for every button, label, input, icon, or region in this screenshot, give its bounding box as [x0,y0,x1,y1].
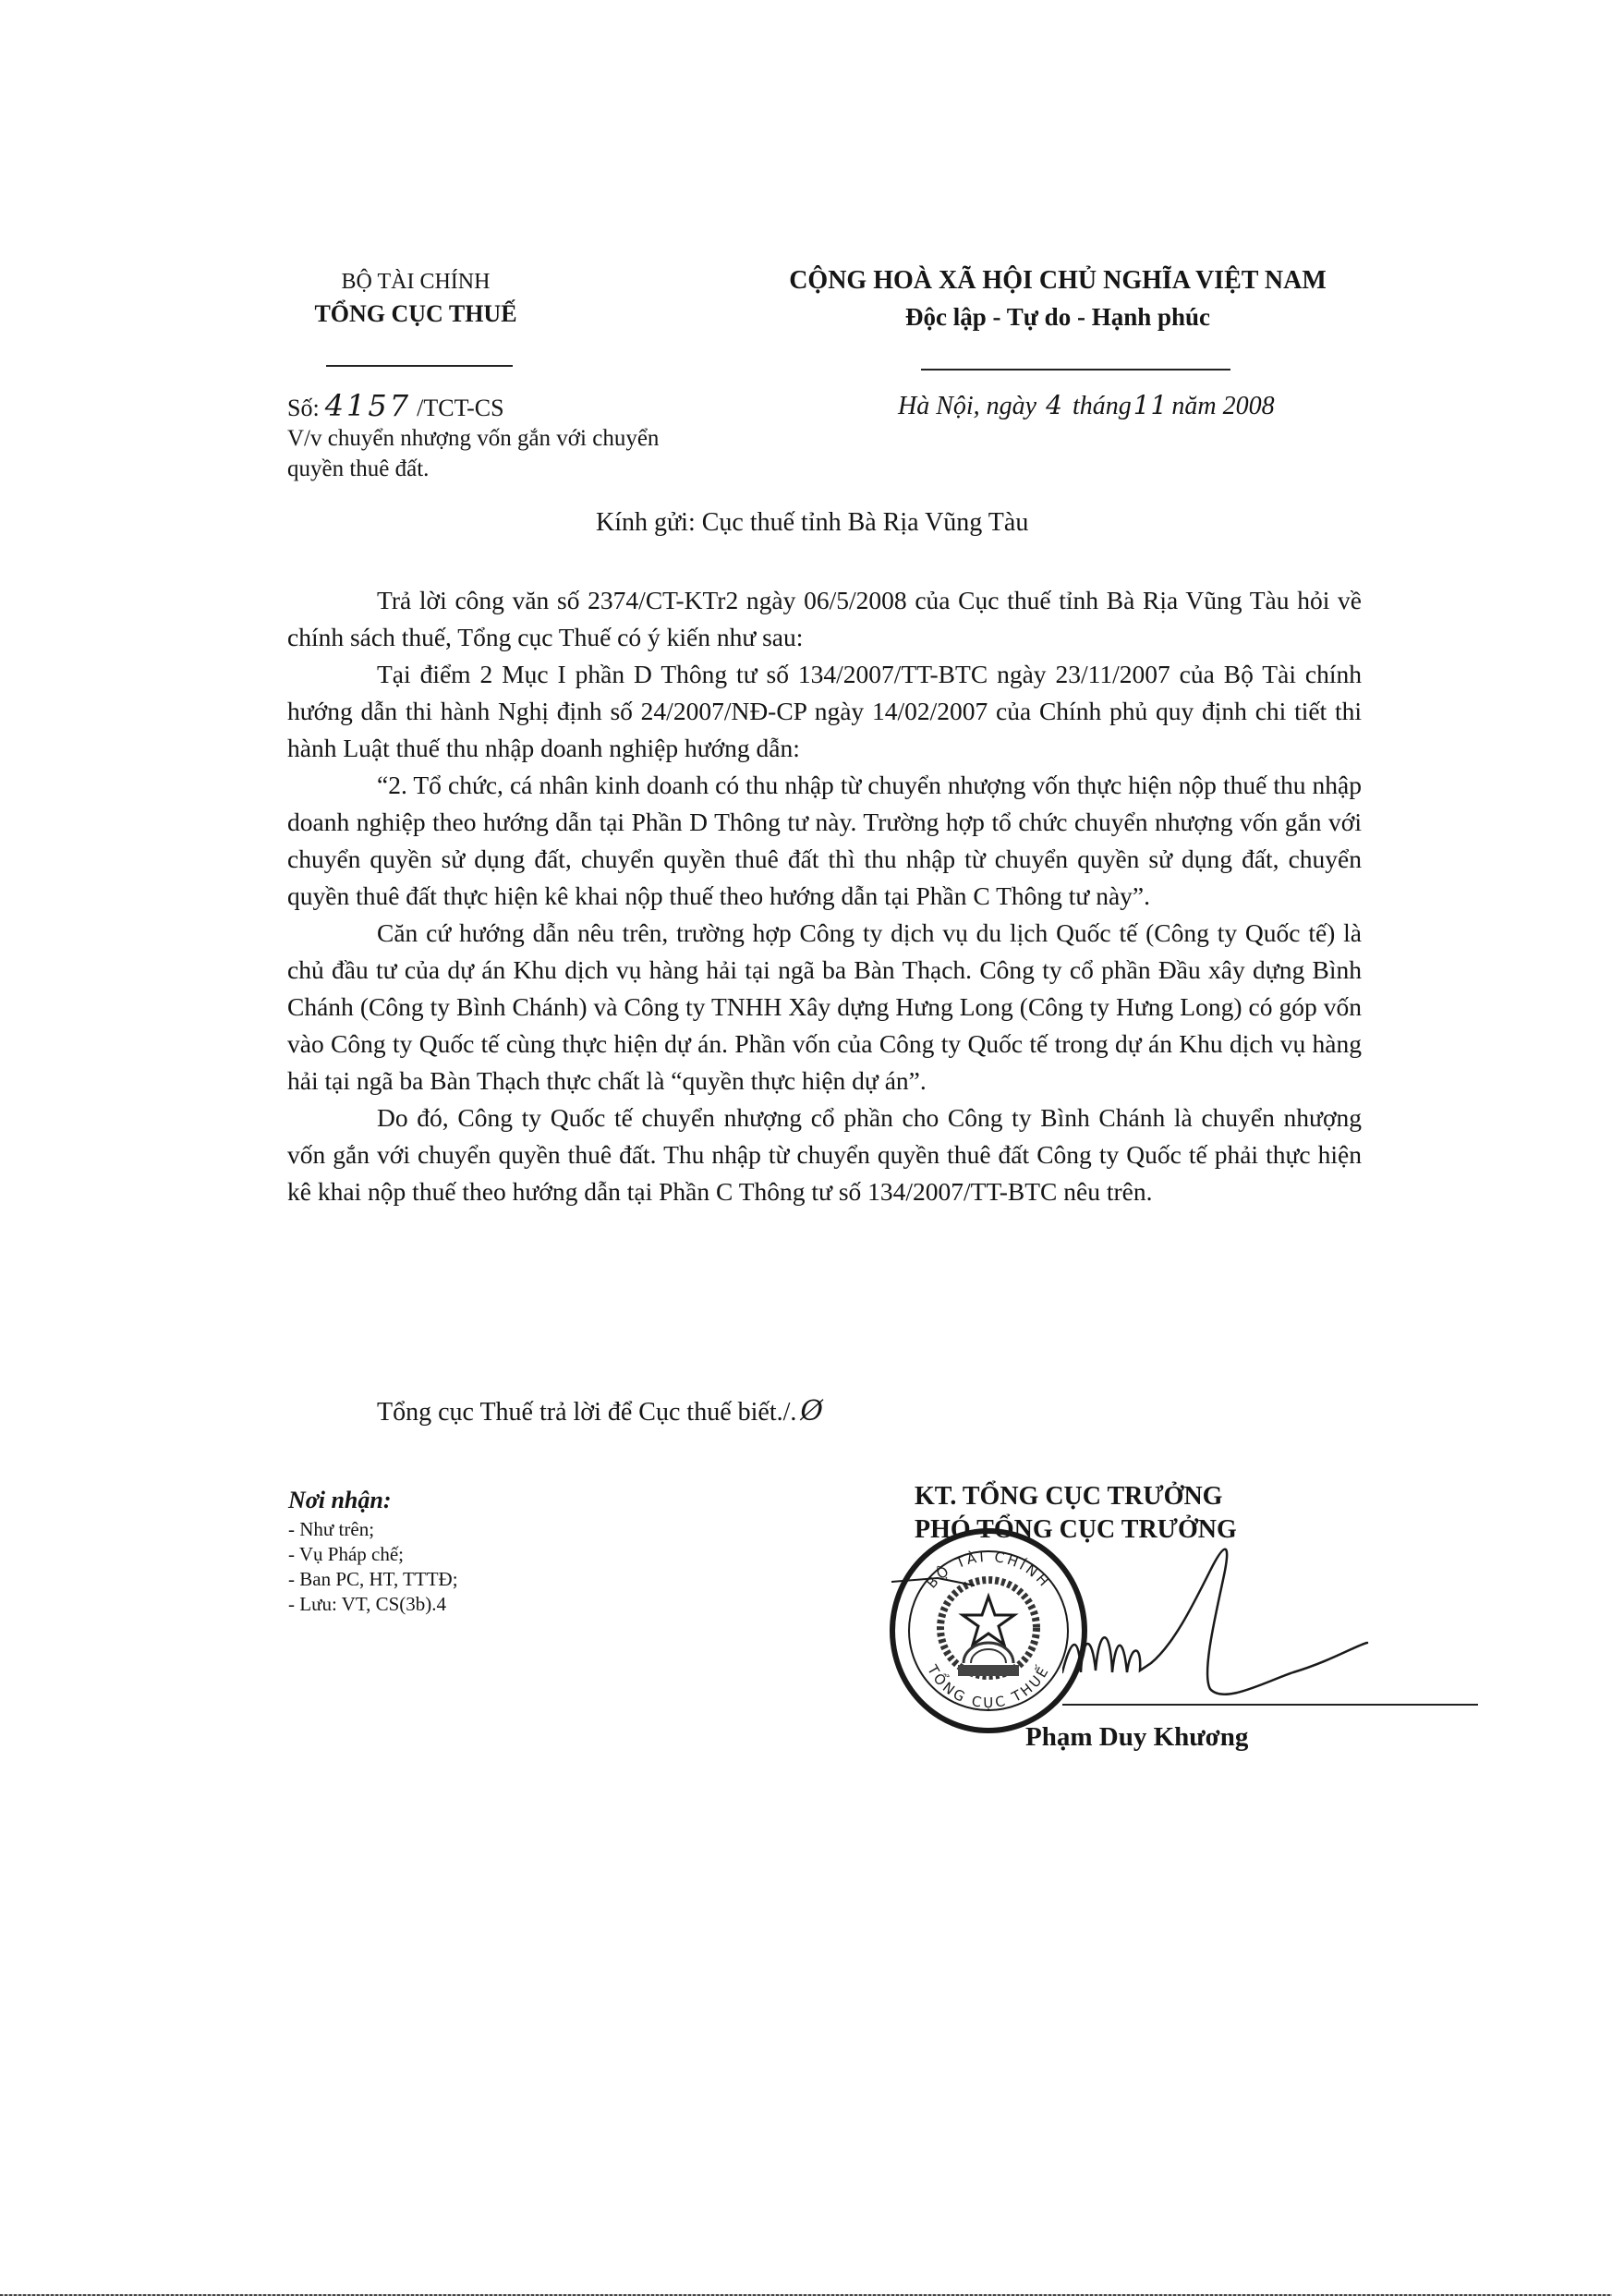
handwritten-initials: Ø [800,1395,823,1427]
recipient: Kính gửi: Cục thuế tỉnh Bà Rịa Vũng Tàu [596,506,1028,540]
nation-name: CỘNG HOÀ XÃ HỘI CHỦ NGHĨA VIỆT NAM [730,262,1386,299]
department-name: TỔNG CỤC THUẾ [277,298,554,331]
closing-text: Tổng cục Thuế trả lời để Cục thuế biết./… [377,1398,796,1427]
ministry-name: BỘ TÀI CHÍNH [277,266,554,298]
document-number: Số:4157/TCT-CS [287,390,504,424]
body-paragraph: “2. Tổ chức, cá nhân kinh doanh có thu n… [287,767,1362,915]
letter-body: Trả lời công văn số 2374/CT-KTr2 ngày 06… [287,582,1362,1210]
date-month-handwritten: 11 [1133,390,1169,420]
svg-text:BỘ TÀI CHÍNH: BỘ TÀI CHÍNH [923,1549,1053,1592]
date-year: năm 2008 [1171,392,1274,420]
body-paragraph: Trả lời công văn số 2374/CT-KTr2 ngày 06… [287,582,1362,656]
date-month-label: tháng [1073,392,1132,420]
document-number-handwritten: 4157 [325,388,411,423]
distribution-item: - Như trên; [288,1517,458,1542]
document-subject: V/v chuyển nhượng vốn gắn với chuyển quy… [287,423,675,484]
national-header: CỘNG HOÀ XÃ HỘI CHỦ NGHĨA VIỆT NAM Độc l… [730,262,1386,334]
place-date: Hà Nội, ngày4tháng11năm 2008 [898,390,1275,422]
date-prefix: Hà Nội, ngày [898,392,1036,420]
motto-underline [921,369,1230,371]
body-paragraph: Tại điểm 2 Mục I phần D Thông tư số 134/… [287,656,1362,767]
distribution-title: Nơi nhận: [288,1484,458,1517]
distribution-list: Nơi nhận: - Như trên; - Vụ Pháp chế; - B… [288,1484,458,1617]
closing-line: Tổng cục Thuế trả lời để Cục thuế biết./… [377,1395,823,1429]
distribution-item: - Lưu: VT, CS(3b).4 [288,1592,458,1617]
handwritten-signature-icon [1062,1534,1506,1737]
issuing-authority: BỘ TÀI CHÍNH TỔNG CỤC THUẾ [277,266,554,331]
document-number-label: Số: [287,395,320,421]
signer-role-line1: KT. TỔNG CỤC TRƯỞNG [915,1480,1376,1513]
distribution-item: - Ban PC, HT, TTTĐ; [288,1567,458,1592]
document-number-suffix: /TCT-CS [417,395,503,421]
distribution-item: - Vụ Pháp chế; [288,1542,458,1567]
signer-name: Phạm Duy Khương [1025,1720,1248,1754]
national-motto: Độc lập - Tự do - Hạnh phúc [730,299,1386,334]
body-paragraph: Căn cứ hướng dẫn nêu trên, trường hợp Cô… [287,915,1362,1099]
authority-underline [326,365,513,367]
body-paragraph: Do đó, Công ty Quốc tế chuyển nhượng cổ … [287,1099,1362,1210]
date-day-handwritten: 4 [1046,390,1063,420]
seal-text-top: BỘ TÀI CHÍNH [923,1549,1053,1592]
